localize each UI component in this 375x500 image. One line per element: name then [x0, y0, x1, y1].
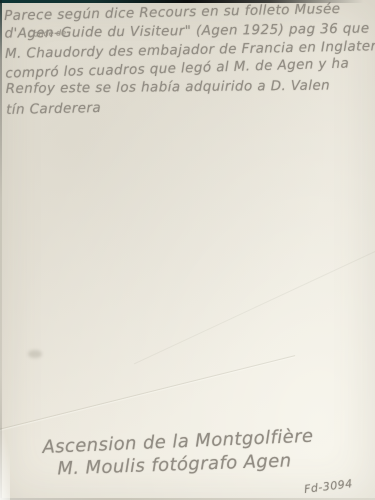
- scan-edge-left: [0, 0, 2, 500]
- handwritten-top-note: Parece según dice Recours en su folleto …: [4, 0, 375, 120]
- scan-corner-highlight: [0, 430, 10, 500]
- pencil-smudge: [28, 350, 42, 358]
- handwritten-insertion: Conde de: [28, 29, 66, 38]
- handwritten-line: Renfoy este se los había adquirido a D. …: [6, 76, 375, 99]
- scan-edge-top: [0, 0, 375, 3]
- scanned-document: Parece según dice Recours en su folleto …: [0, 0, 375, 500]
